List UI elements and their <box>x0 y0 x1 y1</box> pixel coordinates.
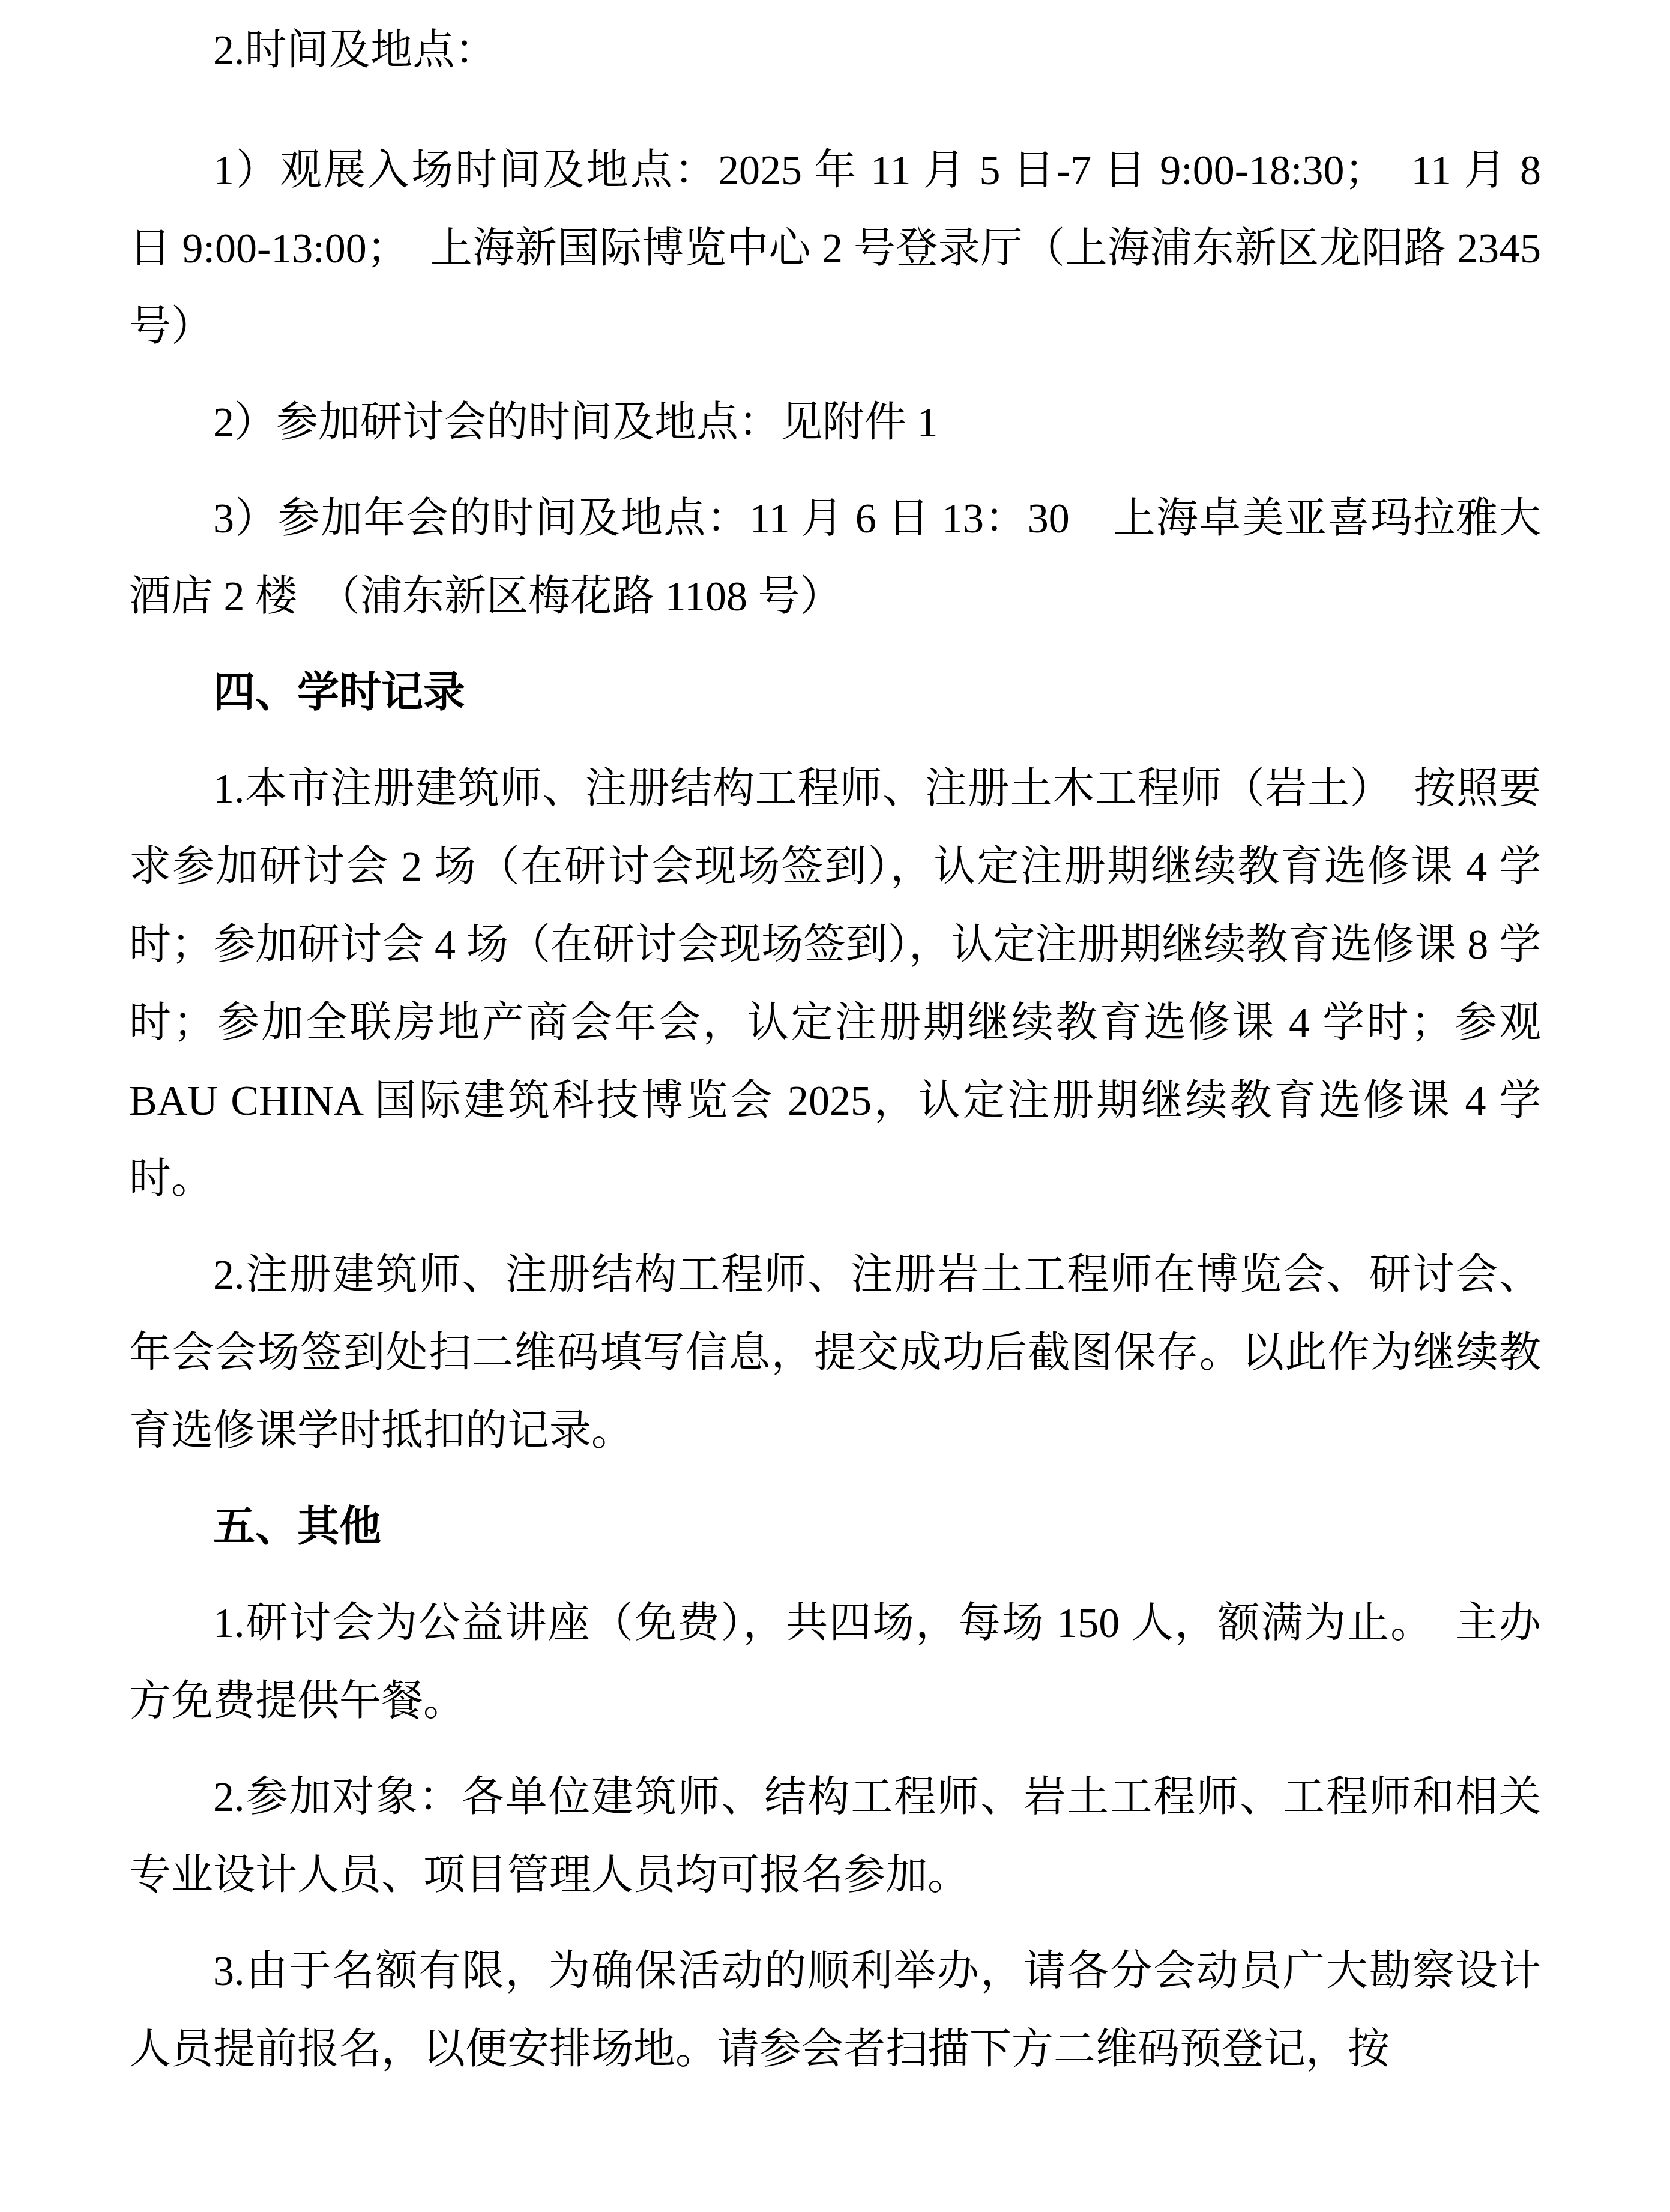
section-heading-others: 五、其他 <box>129 1489 1541 1567</box>
paragraph-pre-registration: 3.由于名额有限，为确保活动的顺利举办，请各分会动员广大勘察设计人员提前报名，以… <box>129 1933 1541 2089</box>
paragraph-time-location-title: 2.时间及地点： <box>129 12 1541 90</box>
document-page: 2.时间及地点： 1）观展入场时间及地点：2025 年 11 月 5 日-7 日… <box>0 0 1670 2212</box>
paragraph-free-lecture: 1.研讨会为公益讲座（免费），共四场，每场 150 人，额满为止。 主办方免费提… <box>129 1585 1541 1741</box>
paragraph-annual-meeting-time: 3）参加年会的时间及地点：11 月 6 日 13：30 上海卓美亚喜玛拉雅大酒店… <box>129 480 1541 636</box>
paragraph-credit-hours-detail: 1.本市注册建筑师、注册结构工程师、注册土木工程师（岩土） 按照要求参加研讨会 … <box>129 750 1541 1219</box>
paragraph-participants: 2.参加对象：各单位建筑师、结构工程师、岩土工程师、工程师和相关专业设计人员、项… <box>129 1759 1541 1915</box>
section-heading-credit-hours: 四、学时记录 <box>129 654 1541 732</box>
paragraph-qr-signin-record: 2.注册建筑师、注册结构工程师、注册岩土工程师在博览会、研讨会、年会会场签到处扫… <box>129 1237 1541 1471</box>
paragraph-seminar-time: 2）参加研讨会的时间及地点：见附件 1 <box>129 384 1541 462</box>
paragraph-exhibition-entry-time: 1）观展入场时间及地点：2025 年 11 月 5 日-7 日 9:00-18:… <box>129 132 1541 366</box>
